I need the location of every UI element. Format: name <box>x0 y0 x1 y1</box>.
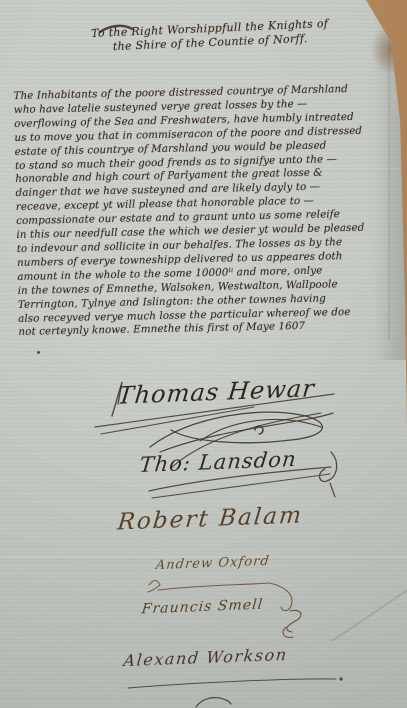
address-heading: To the Right Worshippfull the Knights of… <box>40 15 381 57</box>
photo-background: To the Right Worshippfull the Knights of… <box>0 0 407 708</box>
illegible-signature-flourish <box>150 412 333 452</box>
ink-blot <box>37 351 40 354</box>
signature-frauncis-smell: Frauncis Smell <box>141 597 264 618</box>
petition-body: The Inhabitants of the poore distressed … <box>13 82 396 340</box>
signature-andrew-oxford: Andrew Oxford <box>155 554 270 573</box>
signature-tho-lansdon: Tho: Lansdon <box>138 447 297 477</box>
fold-crease-diagonal <box>331 573 407 642</box>
signature-alexand-workson: Alexand Workson <box>123 645 289 670</box>
workson-underline <box>128 677 343 688</box>
signature-thomas-hewar: Thomas Hewar <box>116 374 316 410</box>
smell-flourish <box>283 610 301 637</box>
signature-robert-balam: Robert Balam <box>116 502 304 535</box>
manuscript-page: To the Right Worshippfull the Knights of… <box>0 0 407 708</box>
stain-core <box>389 38 405 56</box>
bottom-partial-flourish <box>196 698 231 707</box>
